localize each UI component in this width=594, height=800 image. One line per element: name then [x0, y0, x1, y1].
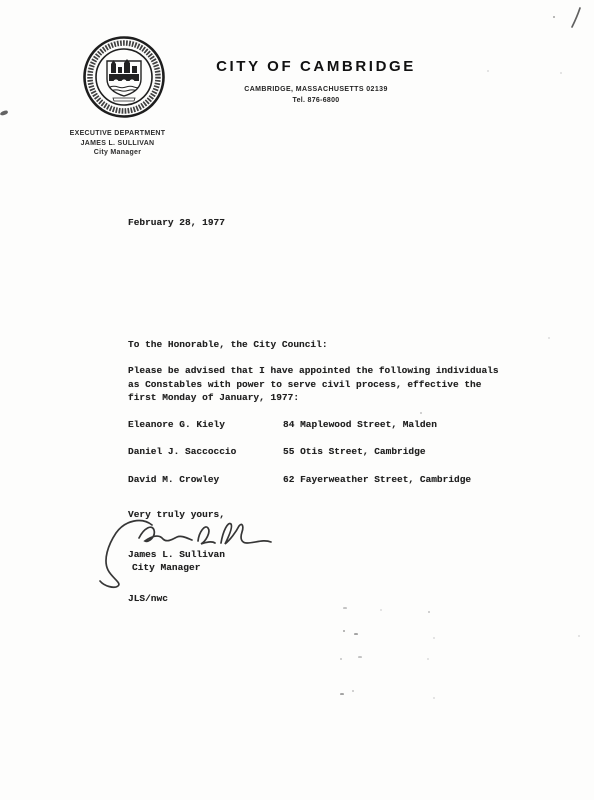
body-line: Please be advised that I have appointed …	[128, 365, 499, 376]
scan-speckle	[487, 70, 489, 72]
body-line: as Constables with power to serve civil …	[128, 379, 481, 390]
scan-speckle	[340, 658, 342, 660]
scan-speckle	[427, 658, 429, 660]
city-phone: Tel. 876-6800	[196, 97, 436, 104]
pen-mark-icon	[566, 5, 588, 31]
scan-speckle	[354, 633, 358, 635]
department-name: EXECUTIVE DEPARTMENT	[55, 129, 180, 139]
appointee-row: David M. Crowley 62 Fayerweather Street,…	[128, 473, 471, 487]
manager-name: JAMES L. SULLIVAN	[55, 139, 180, 149]
appointee-name: Eleanore G. Kiely	[128, 418, 283, 432]
scanned-letter-page: EXECUTIVE DEPARTMENT JAMES L. SULLIVAN C…	[0, 0, 594, 800]
city-seal-icon	[82, 35, 166, 119]
appointee-row: Daniel J. Saccoccio 55 Otis Street, Camb…	[128, 445, 426, 459]
scan-speckle	[560, 72, 562, 74]
city-address: CAMBRIDGE, MASSACHUSETTS 02139	[196, 86, 436, 93]
salutation: To the Honorable, the City Council:	[128, 338, 328, 352]
edge-smudge	[0, 110, 8, 116]
signer-name: James L. Sullivan	[128, 548, 225, 562]
appointee-address: 84 Maplewood Street, Malden	[283, 418, 437, 432]
appointee-name: David M. Crowley	[128, 473, 283, 487]
scan-speckle	[578, 635, 580, 637]
scan-speckle	[433, 697, 435, 699]
reference-initials: JLS/nwc	[128, 592, 168, 606]
masthead: CITY OF CAMBRIDGE CAMBRIDGE, MASSACHUSET…	[196, 58, 436, 104]
appointee-name: Daniel J. Saccoccio	[128, 445, 283, 459]
scan-speckle	[380, 609, 382, 611]
scan-speckle	[428, 611, 430, 613]
manager-title: City Manager	[55, 148, 180, 158]
scan-speckle	[420, 412, 422, 414]
scan-speckle	[352, 690, 354, 692]
scan-speckle	[340, 693, 344, 695]
signer-title: City Manager	[132, 561, 200, 575]
letter-date: February 28, 1977	[128, 216, 225, 230]
appointee-address: 55 Otis Street, Cambridge	[283, 445, 426, 459]
scan-speckle	[343, 607, 347, 609]
scan-speckle	[548, 337, 550, 339]
scan-speckle	[358, 656, 362, 658]
city-title: CITY OF CAMBRIDGE	[196, 58, 436, 75]
appointee-row: Eleanore G. Kiely 84 Maplewood Street, M…	[128, 418, 437, 432]
body-line: first Monday of January, 1977:	[128, 392, 299, 403]
scan-speckle	[553, 16, 555, 18]
appointee-address: 62 Fayerweather Street, Cambridge	[283, 473, 471, 487]
body-paragraph: Please be advised that I have appointed …	[128, 364, 499, 405]
scan-speckle	[433, 637, 435, 639]
department-block: EXECUTIVE DEPARTMENT JAMES L. SULLIVAN C…	[55, 129, 180, 158]
scan-speckle	[343, 630, 345, 632]
